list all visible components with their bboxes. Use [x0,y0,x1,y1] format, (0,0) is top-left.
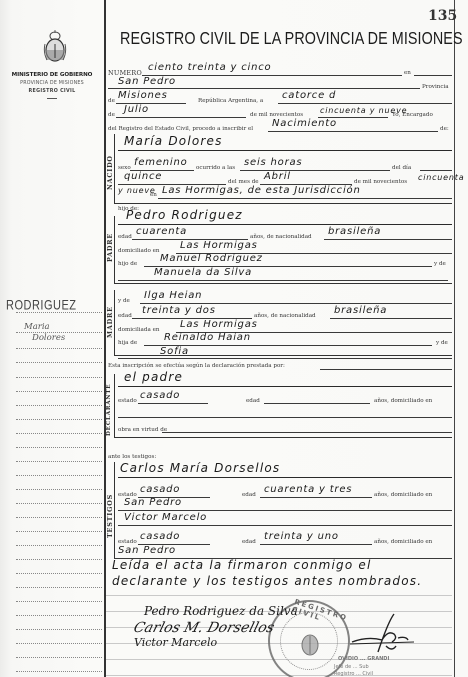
declarante-name-value: el padre [124,370,183,384]
rule [140,303,452,304]
nacionalidad-label: años, de nacionalidad [254,313,316,319]
provincia-label: Provincia [422,84,449,90]
rule [116,117,246,118]
rule [240,170,390,171]
sexo-value: femenino [134,157,188,168]
rule [138,403,208,404]
rule [324,239,452,240]
stub-rule [16,517,102,518]
domicilio-label: domiciliado en [118,248,160,254]
stub-rule [16,671,102,672]
domicilio-label: años, domiciliado en [374,398,432,404]
officer-title2: Registro ... Civil [334,671,373,677]
stub-rule [16,377,102,378]
stub-rule [16,657,102,658]
rule [118,358,452,359]
witness1-estado-value: casado [140,484,180,495]
stub-rule [16,362,102,363]
de-label: de [108,98,115,104]
officer-title1: Jefe de ... Sub [334,664,369,670]
rule [142,75,402,76]
edad-value: treinta y dos [142,305,216,316]
month-value: Julio [124,104,149,115]
officer-signature-icon [348,612,418,660]
province-name: PROVINCIA DE MISIONES [2,81,102,86]
page-right-edge [454,0,455,677]
rule [278,103,452,104]
witness2-estado-value: casado [140,531,180,542]
witness1-name-value: Carlos María Dorsellos [120,461,280,475]
rule [420,170,452,171]
stub-rule [16,489,102,490]
rule [108,88,420,89]
province-value: Misiones [118,90,168,101]
act-type-value: Nacimiento [272,118,337,129]
locality-value: San Pedro [118,76,176,87]
declaration-intro: Esta inscripción se efectúa según la dec… [108,363,285,369]
margin-surname: RODRIGUEZ [6,298,77,313]
testigos-label: TESTIGOS [106,494,114,538]
witness1-domicilio-value: San Pedro [124,497,182,508]
stamp-crest-icon [300,632,320,656]
obra-label: obra en virtud de [118,427,167,433]
domicilio-label: domiciliada en [118,327,159,333]
hour-value: seis horas [244,157,302,168]
ministry-header: MINISTERIO DE GOBIERNO PROVINCIA DE MISI… [2,72,102,99]
stub-rule [16,312,102,313]
stub-rule [16,629,102,630]
left-stub: MINISTERIO DE GOBIERNO PROVINCIA DE MISI… [0,0,104,677]
ministry-name: MINISTERIO DE GOBIERNO [2,72,102,78]
rule [118,224,452,225]
witness1-edad-value: cuarenta y tres [264,484,352,495]
page-title: REGISTRO CIVIL DE LA PROVINCIA DE MISION… [120,28,463,49]
stub-rule [16,447,102,448]
stub-rule [16,419,102,420]
nacionalidad-value: brasileña [328,226,381,237]
domicilio-value: Las Hormigas [180,240,258,251]
witness2-edad-value: treinta y uno [264,531,339,542]
de-label: de [108,112,115,118]
stub-rule [16,615,102,616]
birth-certificate-page: MINISTERIO DE GOBIERNO PROVINCIA DE MISI… [0,0,468,677]
witness2-domicilio-value: San Pedro [118,545,176,556]
y-de-label: y de [436,340,448,346]
maternal-grandfather-value: Reinaldo Haian [164,332,251,343]
y-de-label: y de [118,298,130,304]
year-label: de mil novecientos [354,179,407,185]
rule [264,403,370,404]
stub-rule [16,475,102,476]
stub-rule [16,503,102,504]
rule [118,417,452,418]
stub-rule [16,391,102,392]
mother-name-value: Ilga Heian [144,290,202,301]
y-de-label: y de [434,261,446,267]
nacionalidad-value: brasileña [334,305,387,316]
hijo-de-label: hijo de [118,261,137,267]
father-name-value: Pedro Rodriguez [126,208,243,222]
republica-label: República Argentina, a [198,98,263,104]
del-dia-label: del día [392,165,411,171]
day-value: catorce d [282,90,336,101]
officer-name: OVIDIO ... GRANDI [338,656,389,662]
stub-rule [16,545,102,546]
testigos-intro: ante los testigos: [108,454,156,460]
edad-label: edad [242,492,256,498]
stub-rule [16,332,102,333]
stub-rule [16,405,102,406]
page-number: 135 [428,8,457,24]
rule [118,510,452,511]
rule [260,497,372,498]
year-value: cincuenta [418,173,464,182]
estado-label: estado [118,398,137,404]
registro-label: del Registro del Estado Civil, procedo a… [108,126,253,132]
stub-rule [16,461,102,462]
domicilio-label: años, domiciliado en [374,539,432,545]
rule [320,369,452,370]
stub-rule [16,559,102,560]
estado-value: casado [140,390,180,401]
signature-witness1: Carlos M. Dorsellos [132,620,276,636]
rule [118,386,452,387]
nacionalidad-label: años, de nacionalidad [250,234,312,240]
rule [118,477,452,478]
rule [162,432,452,433]
rule [118,280,448,281]
en-label: en [150,192,157,198]
edad-value: cuarenta [136,226,187,237]
edad-label: edad [118,234,132,240]
signature-declarante: Pedro Rodriguez da Silva [144,604,298,618]
divider [47,98,57,99]
coat-of-arms-icon [43,30,67,64]
stub-rule [16,573,102,574]
nacido-label: NACIDO [106,155,114,190]
stub-divider [104,0,106,677]
de-colon-label: de: [440,126,449,132]
rule [414,75,452,76]
place-value: Las Hormigas, de esta Jurisdicción [162,185,361,196]
hija-de-label: hija de [118,340,137,346]
closing-line1: Leída el acta la firmaron conmigo el [112,558,372,572]
domicilio-value: Las Hormigas [180,319,258,330]
office-name: REGISTRO CIVIL [2,89,102,94]
stub-rule [16,643,102,644]
paternal-grandfather-value: Manuel Rodriguez [160,253,263,264]
maternal-grandmother-value: Sofia [160,346,189,357]
day-value: quince [124,171,162,182]
rule [118,150,452,151]
stub-rule [16,531,102,532]
encargado-label: Yo, Encargado [392,112,433,118]
rule [330,318,452,319]
edad-label: edad [242,539,256,545]
witness2-name-value: Victor Marcelo [124,512,207,523]
rule [158,198,452,199]
edad-label: edad [246,398,260,404]
stub-rule [16,433,102,434]
given-name-line2: Dolores [24,333,65,344]
child-name-value: María Dolores [124,134,223,148]
margin-given-name: Maria Dolores [24,322,65,344]
domicilio-label: años, domiciliado en [374,492,432,498]
stub-rule [16,348,102,349]
rule [118,525,452,526]
rule [260,544,372,545]
paternal-grandmother-value: Manuela da Silva [154,267,252,278]
padre-label: PADRE [106,233,114,262]
stub-rule [16,601,102,602]
numero-value: ciento treinta y cinco [148,62,271,73]
edad-label: edad [118,313,132,319]
en-label: en [404,70,411,76]
rule [268,131,438,132]
month-value: Abril [264,171,291,182]
stub-rule [16,587,102,588]
ocurrido-label: ocurrido a las [196,165,235,171]
signature-witness2: Victor Marcelo [134,636,217,649]
declarante-label: DECLARANTE [106,384,112,436]
madre-label: MADRE [106,306,114,338]
